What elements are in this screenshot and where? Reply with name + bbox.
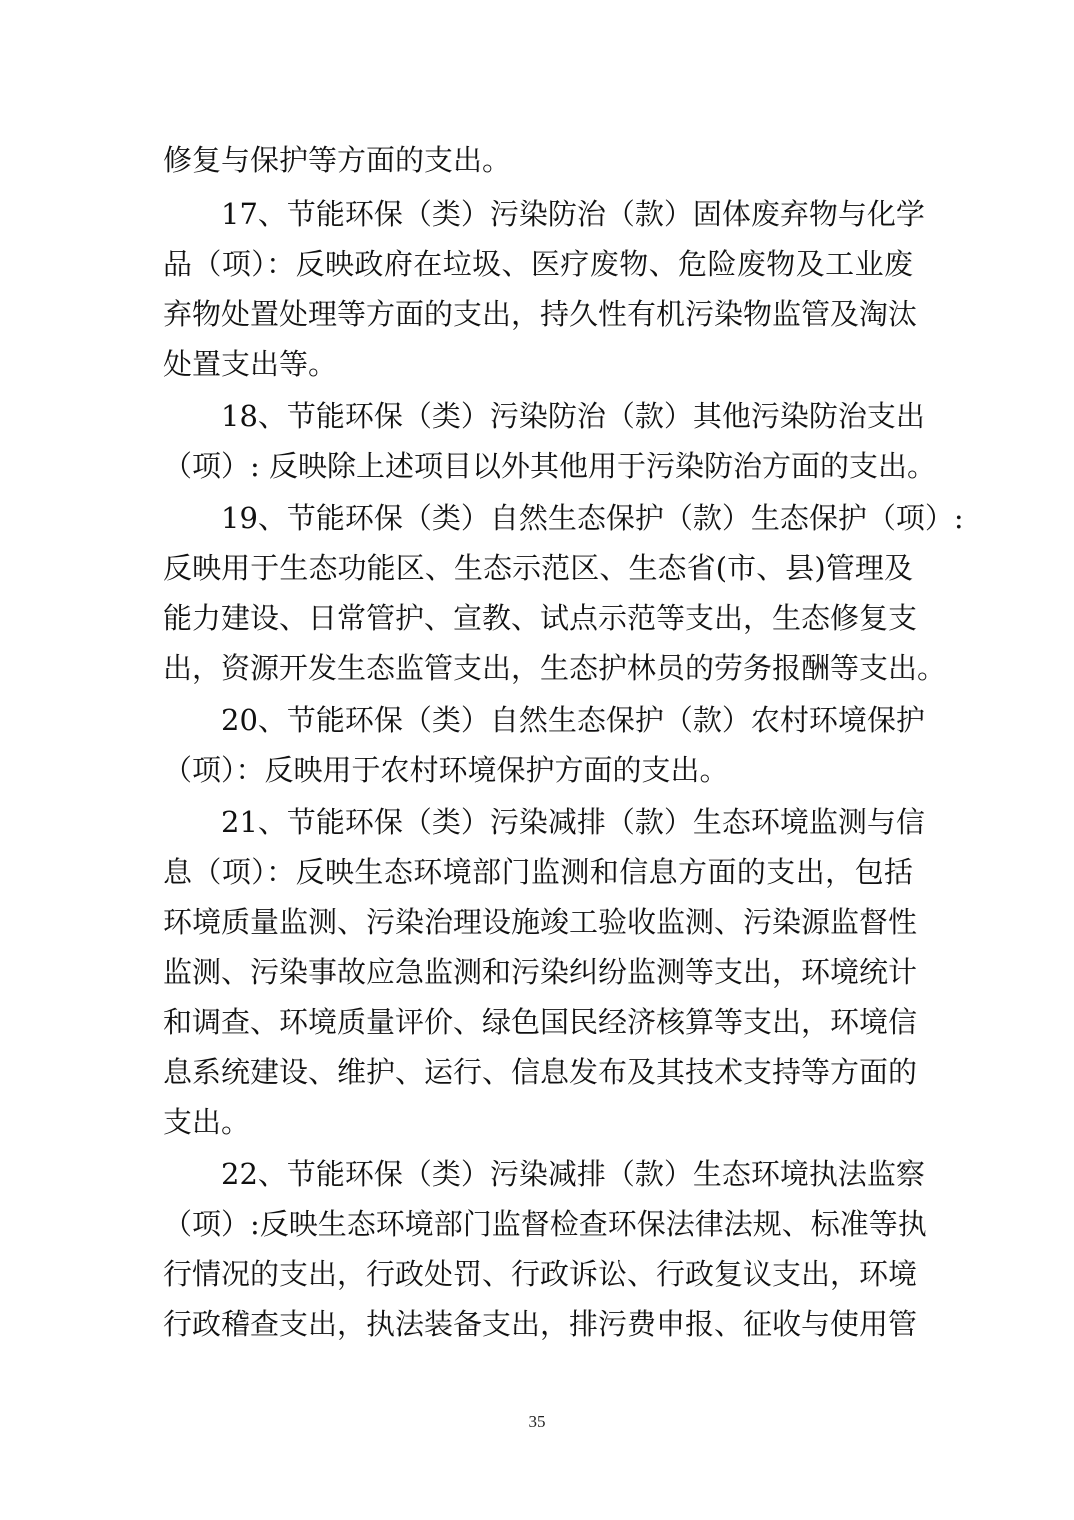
text-line: 息（项）：反映生态环境部门监测和信息方面的支出，包括 [163, 852, 913, 892]
text-line: （项）：反映用于农村环境保护方面的支出。 [163, 750, 913, 790]
text-line: 行政稽查支出，执法装备支出，排污费申报、征收与使用管 [163, 1304, 913, 1344]
text-line: 品（项）：反映政府在垃圾、医疗废物、危险废物及工业废 [163, 244, 913, 284]
text-line: 20、节能环保（类）自然生态保护（款）农村环境保护 [221, 700, 913, 740]
text-line: 18、节能环保（类）污染防治（款）其他污染防治支出 [221, 396, 913, 436]
text-line: 处置支出等。 [163, 344, 913, 384]
text-line: 能力建设、日常管护、宣教、试点示范等支出，生态修复支 [163, 598, 913, 638]
text-line: 17、节能环保（类）污染防治（款）固体废弃物与化学 [221, 194, 913, 234]
text-line: 行情况的支出，行政处罚、行政诉讼、行政复议支出，环境 [163, 1254, 913, 1294]
text-line: （项）:反映生态环境部门监督检查环保法律法规、标准等执 [163, 1204, 913, 1244]
text-line: 21、节能环保（类）污染减排（款）生态环境监测与信 [221, 802, 913, 842]
page-number: 35 [0, 1412, 1074, 1432]
text-line: 22、节能环保（类）污染减排（款）生态环境执法监察 [221, 1154, 913, 1194]
text-line: 息系统建设、维护、运行、信息发布及其技术支持等方面的 [163, 1052, 913, 1092]
text-line: 19、节能环保（类）自然生态保护（款）生态保护（项）: [221, 498, 913, 538]
text-line: 和调查、环境质量评价、绿色国民经济核算等支出，环境信 [163, 1002, 913, 1042]
document-page: 修复与保护等方面的支出。17、节能环保（类）污染防治（款）固体废弃物与化学品（项… [0, 0, 1074, 1520]
text-line: 监测、污染事故应急监测和污染纠纷监测等支出，环境统计 [163, 952, 913, 992]
text-line: 支出。 [163, 1102, 913, 1142]
text-line: 弃物处置处理等方面的支出，持久性有机污染物监管及淘汰 [163, 294, 913, 334]
text-line: 出，资源开发生态监管支出，生态护林员的劳务报酬等支出。 [163, 648, 913, 688]
text-line: 反映用于生态功能区、生态示范区、生态省(市、县)管理及 [163, 548, 913, 588]
text-line: 修复与保护等方面的支出。 [163, 140, 913, 180]
text-line: 环境质量监测、污染治理设施竣工验收监测、污染源监督性 [163, 902, 913, 942]
text-line: （项）: 反映除上述项目以外其他用于污染防治方面的支出。 [163, 446, 913, 486]
